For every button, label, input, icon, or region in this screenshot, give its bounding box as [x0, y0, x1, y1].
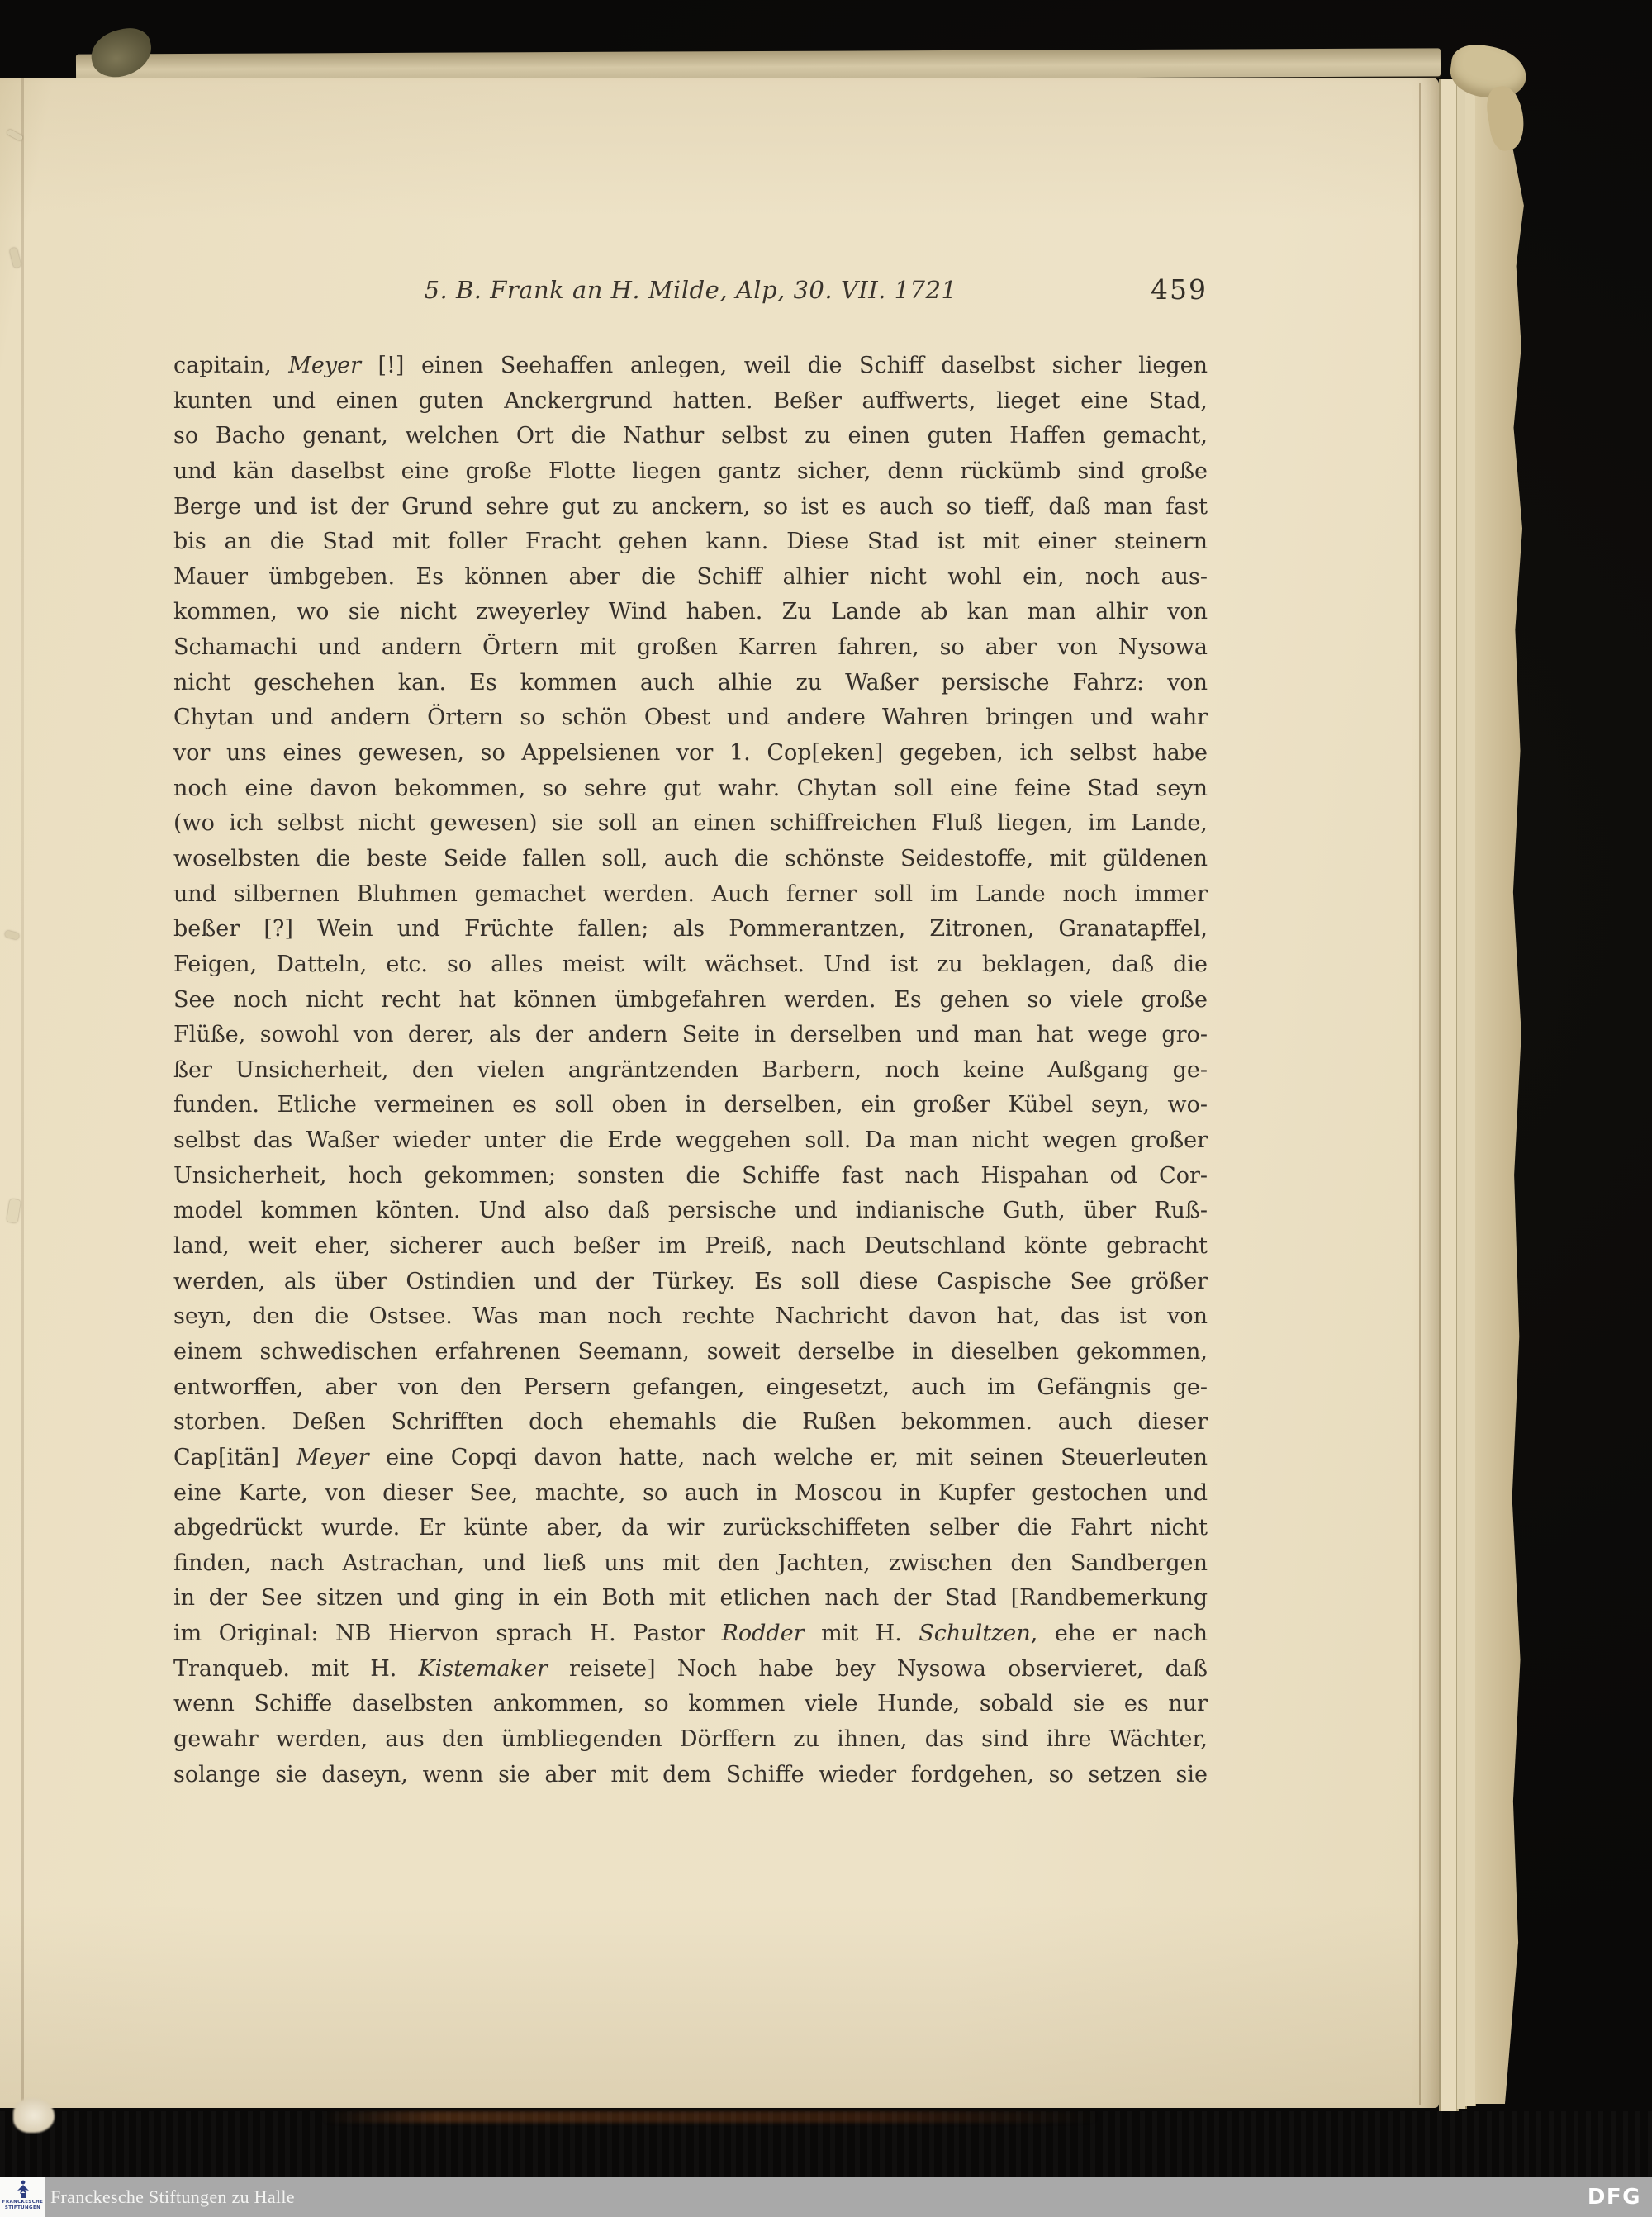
text-line: woselbsten die beste Seide fallen soll, … [173, 842, 1208, 877]
text-line: vor uns eines gewesen, so Appelsienen vo… [173, 736, 1208, 771]
book-bottom-texture [0, 2111, 1652, 2177]
text-line: wenn Schiffe daselbsten ankommen, so kom… [173, 1687, 1208, 1722]
text-line: Schamachi und andern Örtern mit großen K… [173, 630, 1208, 666]
text-line: See noch nicht recht hat können ümbgefah… [173, 983, 1208, 1018]
text-line: gewahr werden, aus den ümbliegenden Dörf… [173, 1722, 1208, 1758]
text-line: bis an die Stad mit foller Fracht gehen … [173, 525, 1208, 560]
running-title: 5. B. Frank an H. Milde, Alp, 30. VII. 1… [173, 276, 1208, 304]
text-line: Flüße, sowohl von derer, als der andern … [173, 1018, 1208, 1053]
text-line: einem schwedischen erfahrenen Seemann, s… [173, 1335, 1208, 1370]
text-line: nicht geschehen kan. Es kommen auch alhi… [173, 666, 1208, 701]
page-right-edge-line [1419, 83, 1421, 2105]
text-line: im Original: NB Hiervon sprach H. Pastor… [173, 1616, 1208, 1652]
text-line: funden. Etliche vermeinen es soll oben i… [173, 1088, 1208, 1123]
text-line: (wo ich selbst nicht gewesen) sie soll a… [173, 806, 1208, 842]
text-line: und silbernen Bluhmen gemachet werden. A… [173, 877, 1208, 913]
text-line: solange sie daseyn, wenn sie aber mit de… [173, 1758, 1208, 1793]
text-line: kunten und einen guten Anckergrund hatte… [173, 384, 1208, 420]
text-line: Berge und ist der Grund sehre gut zu anc… [173, 490, 1208, 525]
text-line: abgedrückt wurde. Er künte aber, da wir … [173, 1511, 1208, 1546]
text-line: und kän daselbst eine große Flotte liege… [173, 454, 1208, 490]
text-line: finden, nach Astrachan, und ließ uns mit… [173, 1546, 1208, 1582]
text-line: beßer [?] Wein und Früchte fallen; als P… [173, 912, 1208, 947]
text-line: ßer Unsicherheit, den vielen angräntzend… [173, 1053, 1208, 1089]
text-line: land, weit eher, sicherer auch beßer im … [173, 1229, 1208, 1265]
text-line: Feigen, Datteln, etc. so alles meist wil… [173, 947, 1208, 983]
footer-bar: FRANCKESCHE STIFTUNGEN Franckesche Stift… [0, 2177, 1652, 2217]
text-line: Chytan und andern Örtern so schön Obest … [173, 700, 1208, 736]
text-line: capitain, Meyer [!] einen Seehaffen anle… [173, 349, 1208, 384]
text-line: seyn, den die Ostsee. Was man noch recht… [173, 1299, 1208, 1335]
page-edge-layer [1439, 79, 1459, 2111]
right-page-edges [1439, 79, 1530, 2111]
dfg-logo: DFG [1588, 2185, 1641, 2210]
page-edge-layer [1465, 83, 1476, 2106]
text-line: so Bacho genant, welchen Ort die Nathur … [173, 419, 1208, 454]
text-line: in der See sitzen und ging in ein Both m… [173, 1581, 1208, 1616]
text-line: Mauer ümbgeben. Es können aber die Schif… [173, 560, 1208, 596]
body-text: capitain, Meyer [!] einen Seehaffen anle… [173, 349, 1208, 1792]
text-line: werden, als über Ostindien und der Türke… [173, 1265, 1208, 1300]
text-line: Tranqueb. mit H. Kistemaker reisete] Noc… [173, 1652, 1208, 1688]
text-line: selbst das Waßer wieder unter die Erde w… [173, 1123, 1208, 1159]
logo-caption-line2: STIFTUNGEN [5, 2205, 40, 2211]
torn-page-edge [1475, 84, 1526, 2104]
text-line: Unsicherheit, hoch gekommen; sonsten die… [173, 1159, 1208, 1194]
gutter-crease [21, 78, 24, 2106]
page-number: 459 [1151, 273, 1208, 306]
franckesche-eagle-icon [12, 2179, 34, 2200]
text-line: Cap[itän] Meyer eine Copqi davon hatte, … [173, 1441, 1208, 1476]
text-line: model kommen könten. Und also daß persis… [173, 1194, 1208, 1229]
franckesche-logo-box: FRANCKESCHE STIFTUNGEN [0, 2177, 45, 2217]
page-header: 5. B. Frank an H. Milde, Alp, 30. VII. 1… [173, 276, 1208, 314]
institution-name: Franckesche Stiftungen zu Halle [50, 2186, 295, 2208]
text-line: kommen, wo sie nicht zweyerley Wind habe… [173, 595, 1208, 630]
text-line: noch eine davon bekommen, so sehre gut w… [173, 771, 1208, 807]
text-line: eine Karte, von dieser See, machte, so a… [173, 1476, 1208, 1512]
text-line: entworffen, aber von den Persern gefange… [173, 1370, 1208, 1406]
text-line: storben. Deßen Schrifften doch ehemahls … [173, 1405, 1208, 1441]
